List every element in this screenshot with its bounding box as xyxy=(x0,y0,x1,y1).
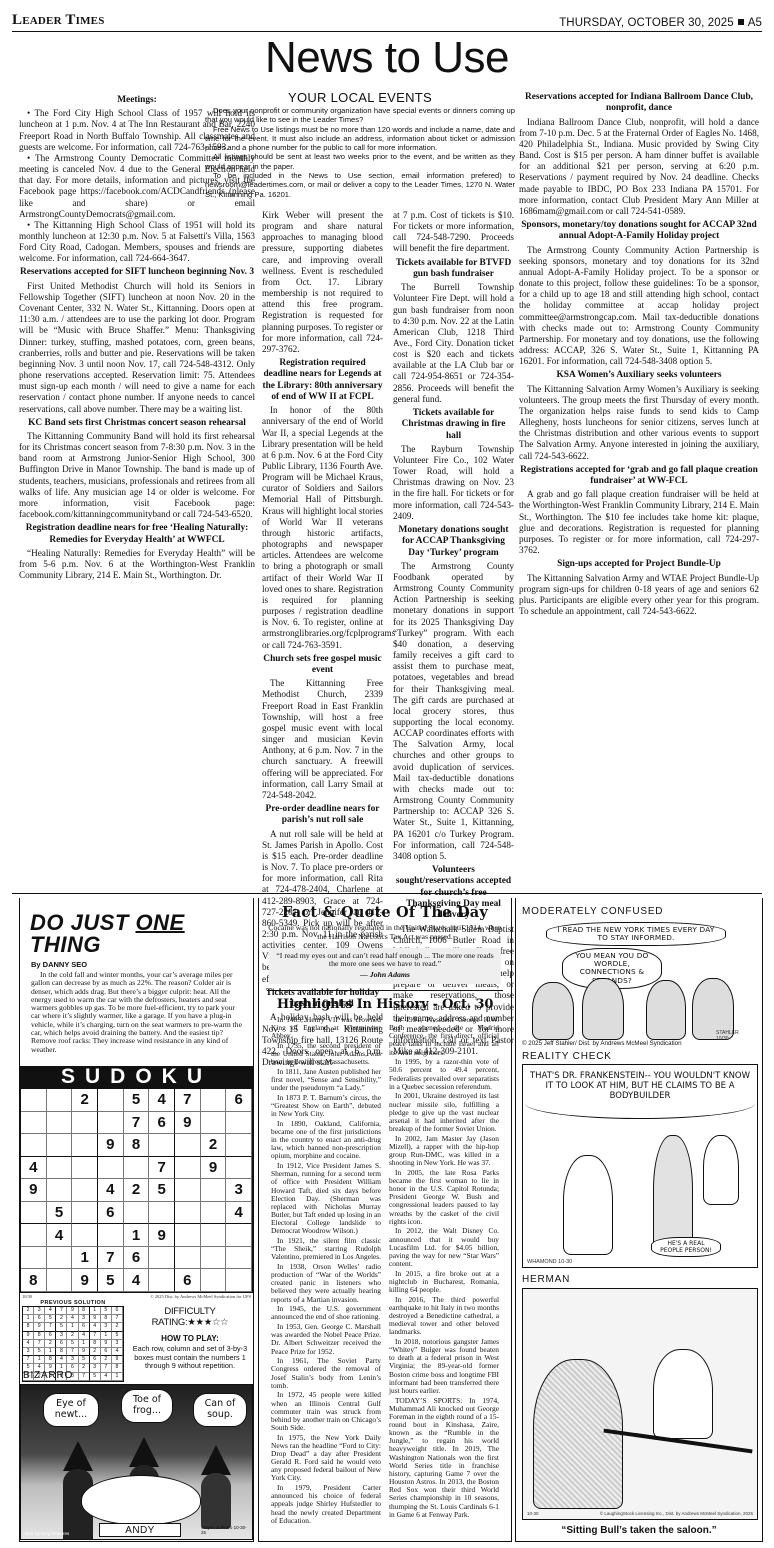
sudoku-banner: SUDOKU xyxy=(20,1066,253,1088)
sudoku-cell[interactable]: 4 xyxy=(47,1224,73,1247)
solution-cell: 4 xyxy=(23,1340,34,1348)
sudoku-cell[interactable] xyxy=(175,1247,201,1270)
sudoku-cell[interactable] xyxy=(201,1224,227,1247)
solution-cell: 7 xyxy=(112,1315,123,1323)
article-body: The Armstrong County Foodbank operated b… xyxy=(393,561,514,862)
fact-of-the-day: Cocaine was not nationally regulated in … xyxy=(263,924,507,942)
solution-cell: 8 xyxy=(56,1348,67,1356)
local-events-box: YOUR LOCAL EVENTS Does your nonprofit or… xyxy=(205,91,515,199)
solution-cell: 9 xyxy=(67,1307,78,1315)
solution-cell: 7 xyxy=(79,1373,90,1381)
sudoku-cell[interactable] xyxy=(72,1134,98,1157)
history-item: In 1938, Orson Welles’ radio production … xyxy=(271,1263,381,1304)
sudoku-cell[interactable]: 6 xyxy=(124,1247,150,1270)
sudoku-cell[interactable] xyxy=(47,1089,73,1112)
masthead: Leader Times THURSDAY, OCTOBER 30, 2025A… xyxy=(12,8,762,32)
sudoku-cell[interactable]: 4 xyxy=(149,1089,175,1112)
local-events-heading: YOUR LOCAL EVENTS xyxy=(205,91,515,105)
sudoku-cell[interactable] xyxy=(98,1089,124,1112)
sheriff-figure xyxy=(653,1349,713,1439)
sudoku-cell[interactable]: 5 xyxy=(47,1202,73,1225)
sudoku-cell[interactable] xyxy=(47,1134,73,1157)
sudoku-cell[interactable] xyxy=(149,1134,175,1157)
sudoku-cell[interactable] xyxy=(124,1157,150,1180)
right-column: Reservations accepted for Indiana Ballro… xyxy=(519,92,759,617)
sudoku-cell[interactable]: 4 xyxy=(124,1269,150,1292)
sudoku-cell[interactable] xyxy=(201,1202,227,1225)
sudoku-cell[interactable] xyxy=(47,1179,73,1202)
article-body: The Rayburn Township Volunteer Fire Co.,… xyxy=(393,444,514,522)
solution-cell: 2 xyxy=(67,1332,78,1340)
sudoku-date: 10/30 xyxy=(22,1294,32,1299)
sudoku-cell[interactable] xyxy=(149,1202,175,1225)
herman-cartoon: 10-30 © LaughingStock Licensing Inc., Di… xyxy=(522,1288,758,1520)
solution-cell: 7 xyxy=(56,1307,67,1315)
solution-cell: 7 xyxy=(67,1348,78,1356)
solution-cell: 2 xyxy=(79,1364,90,1372)
history-item: In 1873 P. T. Barnum’s circus, the “Grea… xyxy=(271,1094,381,1118)
history-item: In 1972, 45 people were killed when an I… xyxy=(271,1391,381,1432)
solution-cell: 9 xyxy=(112,1356,123,1364)
solution-cell: 1 xyxy=(101,1332,112,1340)
solution-cell: 8 xyxy=(112,1364,123,1372)
sudoku-cell[interactable] xyxy=(47,1269,73,1292)
solution-cell: 6 xyxy=(45,1332,56,1340)
sudoku-cell[interactable] xyxy=(124,1202,150,1225)
solution-cell: 4 xyxy=(112,1348,123,1356)
history-column-2: In 1991, President George H.W. Bush open… xyxy=(389,1016,499,1526)
local-events-paragraph: All listings should be sent at least two… xyxy=(205,152,515,171)
sudoku-grid[interactable]: 254767699824799425356441917689546 xyxy=(20,1088,253,1293)
sudoku-cell[interactable]: 7 xyxy=(175,1089,201,1112)
solution-cell: 1 xyxy=(90,1307,101,1315)
woman-figure xyxy=(703,1135,739,1205)
sudoku-cell[interactable] xyxy=(226,1134,252,1157)
meeting-item: • The Kittanning High School Class of 19… xyxy=(19,220,255,265)
difficulty-rating: DIFFICULTY RATING:★★★☆☆ xyxy=(128,1306,252,1328)
solution-cell: 9 xyxy=(23,1332,34,1340)
comics-panel: MODERATELY CONFUSED I READ THE NEW YORK … xyxy=(515,898,763,1542)
history-item: In 1945, the U.S. government announced t… xyxy=(271,1305,381,1321)
solution-cell: 5 xyxy=(79,1356,90,1364)
solution-cell: 6 xyxy=(56,1340,67,1348)
speech-bubble: Eye of newt... xyxy=(43,1393,99,1427)
solution-cell: 2 xyxy=(45,1340,56,1348)
article-heading: KC Band sets first Christmas concert sea… xyxy=(19,418,255,429)
solution-cell: 8 xyxy=(23,1323,34,1331)
person-figure xyxy=(582,978,624,1040)
solution-cell: 3 xyxy=(23,1348,34,1356)
sudoku-cell[interactable] xyxy=(201,1247,227,1270)
do-just-one-thing-body: In the cold fall and winter months, your… xyxy=(20,969,253,1054)
article-heading: Registration required deadline nears for… xyxy=(262,358,383,403)
history-item: In 2015, a fire broke out at a nightclub… xyxy=(389,1270,499,1294)
bizarro-label: BIZARRO xyxy=(23,1370,73,1381)
sudoku-cell[interactable]: 6 xyxy=(149,1112,175,1135)
person-figure xyxy=(532,982,574,1040)
sudoku-cell[interactable]: 7 xyxy=(124,1112,150,1135)
witch-hat-icon xyxy=(63,1441,93,1471)
bizarro-cartoon: Eye of newt... Toe of frog... Can of sou… xyxy=(20,1384,253,1540)
speech-bubble: Toe of frog... xyxy=(121,1389,173,1423)
comic-signature: STAHLER 10/30 xyxy=(716,1030,746,1042)
article-body: The Burrell Township Volunteer Fire Dept… xyxy=(393,282,514,405)
history-item: In 1890, Oakland, California, became one… xyxy=(271,1120,381,1161)
sudoku-cell[interactable]: 6 xyxy=(98,1202,124,1225)
sudoku-footer: 10/30 © 2025 Dist. by Andrews McMeel Syn… xyxy=(20,1294,253,1299)
solution-cell: 7 xyxy=(101,1364,112,1372)
solution-cell: 7 xyxy=(34,1340,45,1348)
history-item: In 2016, The third powerful earthquake t… xyxy=(389,1296,499,1337)
sudoku-cell[interactable]: 8 xyxy=(124,1134,150,1157)
how-to-play-text: Each row, column and set of 3-by-3 boxes… xyxy=(128,1345,252,1371)
sudoku-cell[interactable] xyxy=(201,1112,227,1135)
article-heading: Registrations accepted for ‘grab and go … xyxy=(519,465,759,488)
solution-cell: 5 xyxy=(67,1340,78,1348)
sudoku-cell[interactable]: 7 xyxy=(98,1247,124,1270)
solution-cell: 1 xyxy=(112,1373,123,1381)
sudoku-cell[interactable] xyxy=(226,1269,252,1292)
solution-cell: 6 xyxy=(79,1323,90,1331)
sudoku-cell[interactable] xyxy=(72,1112,98,1135)
article-heading: Reservations accepted for Indiana Ballro… xyxy=(519,92,759,115)
how-to-play: DIFFICULTY RATING:★★★☆☆ HOW TO PLAY: Eac… xyxy=(128,1306,252,1371)
solution-cell: 1 xyxy=(79,1340,90,1348)
sudoku-copyright: © 2025 Dist. by Andrews McMeel Syndicati… xyxy=(150,1294,251,1299)
sudoku-cell[interactable] xyxy=(72,1157,98,1180)
solution-cell: 4 xyxy=(101,1373,112,1381)
history-item: In 2005, the late Rosa Parks became the … xyxy=(389,1169,499,1226)
local-events-paragraph: Free News to Use listings must be no mor… xyxy=(205,125,515,153)
sudoku-cell[interactable]: 5 xyxy=(124,1089,150,1112)
sudoku-cell[interactable]: 2 xyxy=(124,1179,150,1202)
solution-cell: 3 xyxy=(90,1364,101,1372)
sudoku-cell[interactable] xyxy=(98,1112,124,1135)
witch-hat-icon xyxy=(201,1445,231,1475)
moderately-confused-credit: © 2025 Jeff Stahler/ Dist. by Andrews Mc… xyxy=(522,1040,682,1047)
sudoku-cell[interactable] xyxy=(21,1224,47,1247)
article-body: In honor of the 80th anniversary of the … xyxy=(262,405,383,650)
sudoku-cell[interactable]: 9 xyxy=(175,1112,201,1135)
title-emphasis: ONE xyxy=(135,910,184,935)
article-heading: Tickets available for Christmas drawing … xyxy=(393,408,514,442)
section-divider xyxy=(12,893,762,894)
sudoku-cell[interactable]: 3 xyxy=(226,1179,252,1202)
sudoku-cell[interactable] xyxy=(175,1179,201,1202)
herman-label: HERMAN xyxy=(522,1274,570,1285)
solution-cell: 4 xyxy=(90,1323,101,1331)
sudoku-cell[interactable]: 6 xyxy=(175,1269,201,1292)
history-item: In 1991, President George H.W. Bush open… xyxy=(389,1016,499,1057)
sudoku-cell[interactable] xyxy=(47,1247,73,1270)
article-heading: Tickets available for BTVFD gun bash fun… xyxy=(393,258,514,281)
dateline: THURSDAY, OCTOBER 30, 2025A5 xyxy=(559,17,762,29)
article-body: A grab and go fall plaque creation fundr… xyxy=(519,489,759,556)
history-title: Highlights In History - Oct. 30 xyxy=(259,997,511,1012)
body-text: In the cold fall and winter months, your… xyxy=(31,971,245,1054)
rule xyxy=(267,990,503,991)
page-number: A5 xyxy=(748,17,762,29)
sudoku-cell[interactable]: 9 xyxy=(21,1179,47,1202)
solution-cell: 7 xyxy=(90,1332,101,1340)
history-item: In 1735, the second president of the Uni… xyxy=(271,1042,381,1066)
history-item: In 1953, Gen. George C. Marshall was awa… xyxy=(271,1323,381,1356)
herman-credit: © LaughingStock Licensing Inc., Dist. by… xyxy=(600,1511,753,1516)
reality-check-label: REALITY CHECK xyxy=(522,1051,612,1062)
sudoku-cell[interactable] xyxy=(149,1247,175,1270)
sudoku-cell[interactable] xyxy=(149,1269,175,1292)
solution-cell: 7 xyxy=(45,1323,56,1331)
sudoku-cell[interactable] xyxy=(226,1224,252,1247)
cauldron xyxy=(81,1475,201,1525)
herman-date: 10-30 xyxy=(527,1511,539,1516)
history-item: In 1485, Henry VII was crowned King of E… xyxy=(271,1016,381,1040)
solution-cell: 5 xyxy=(90,1373,101,1381)
solution-cell: 2 xyxy=(23,1307,34,1315)
speech-bubble: THAT'S DR. FRANKENSTEIN-- YOU WOULDN'T K… xyxy=(525,1067,755,1119)
solution-cell: 9 xyxy=(79,1348,90,1356)
solution-cell: 8 xyxy=(101,1315,112,1323)
sudoku-cell[interactable] xyxy=(72,1202,98,1225)
article-body: The Kittanning Salvation Army and WTAE P… xyxy=(519,573,759,618)
moderately-confused-label: MODERATELY CONFUSED xyxy=(522,906,663,917)
sudoku-cell[interactable] xyxy=(98,1224,124,1247)
history-item: In 1995, by a razor-thin vote of 50.6 pe… xyxy=(389,1058,499,1091)
star-rating-icon: ★★★☆☆ xyxy=(187,1317,228,1328)
article-body: The Kittanning Free Methodist Church, 23… xyxy=(262,678,383,801)
article-heading: Registration deadline nears for free ‘He… xyxy=(19,523,255,546)
article-body: First United Methodist Church will hold … xyxy=(19,281,255,415)
solution-cell: 5 xyxy=(112,1332,123,1340)
sudoku-cell[interactable]: 2 xyxy=(201,1134,227,1157)
warhol-figure xyxy=(201,1473,231,1529)
sudoku-cell[interactable]: 4 xyxy=(21,1157,47,1180)
sudoku-cell[interactable]: 4 xyxy=(226,1202,252,1225)
quote-box: “I read my eyes out and can’t read half … xyxy=(269,948,501,984)
sudoku-cell[interactable] xyxy=(175,1202,201,1225)
article-continuation: at 7 p.m. Cost of tickets is $10. For ti… xyxy=(393,210,514,255)
solution-cell: 6 xyxy=(90,1356,101,1364)
solution-cell: 9 xyxy=(34,1323,45,1331)
article-body: The Kittanning Salvation Army Women’s Au… xyxy=(519,384,759,462)
sudoku-cell[interactable] xyxy=(72,1179,98,1202)
local-events-paragraph: Does your nonprofit or community organiz… xyxy=(205,106,515,125)
history-item: In 1811, Jane Austen published her first… xyxy=(271,1068,381,1092)
article-heading: Church sets free gospel music event xyxy=(262,654,383,677)
do-just-one-thing-title: DO JUST ONE THING xyxy=(20,898,253,956)
solution-cell: 6 xyxy=(101,1348,112,1356)
sudoku-cell[interactable] xyxy=(47,1112,73,1135)
speech-bubble: Can of soup. xyxy=(193,1393,247,1427)
article-heading: Reservations accepted for SIFT luncheon … xyxy=(19,267,255,278)
sudoku-cell[interactable] xyxy=(226,1157,252,1180)
paper-name: Leader Times xyxy=(12,12,105,29)
bizarro-distributor: Dist. by King Features xyxy=(25,1531,69,1536)
sudoku-cell[interactable] xyxy=(21,1112,47,1135)
sudoku-cell[interactable] xyxy=(21,1247,47,1270)
solution-cell: 2 xyxy=(112,1323,123,1331)
solution-cell: 1 xyxy=(67,1323,78,1331)
solution-cell: 5 xyxy=(101,1307,112,1315)
history-item: In 2001, Ukraine destroyed its last nucl… xyxy=(389,1092,499,1133)
sudoku-cell[interactable] xyxy=(175,1134,201,1157)
solution-cell: 3 xyxy=(34,1307,45,1315)
sudoku-cell[interactable] xyxy=(201,1269,227,1292)
solution-cell: 2 xyxy=(90,1348,101,1356)
solution-cell: 4 xyxy=(67,1315,78,1323)
sudoku-cell[interactable]: 9 xyxy=(201,1157,227,1180)
sudoku-cell[interactable] xyxy=(175,1224,201,1247)
solution-cell: 6 xyxy=(112,1307,123,1315)
article-heading: KSA Women’s Auxiliary seeks volunteers xyxy=(519,370,759,381)
speech-bubble: HE'S A REAL PEOPLE PERSON! xyxy=(651,1237,721,1257)
fact-quote-title: Fact & Quote Of The Day xyxy=(259,904,511,921)
article-body: The Kittanning Community Band will hold … xyxy=(19,431,255,520)
solution-cell: 3 xyxy=(112,1340,123,1348)
history-item: TODAY’S SPORTS: In 1974, Muhammad Ali kn… xyxy=(389,1397,499,1519)
solution-cell: 6 xyxy=(34,1315,45,1323)
solution-cell: 1 xyxy=(45,1348,56,1356)
solution-cell: 3 xyxy=(79,1315,90,1323)
solution-cell: 4 xyxy=(79,1332,90,1340)
sudoku-cell[interactable]: 5 xyxy=(149,1179,175,1202)
title-part: THING xyxy=(30,932,101,957)
solution-cell: 1 xyxy=(34,1356,45,1364)
comic-signature: WHAMOND 10-30 xyxy=(527,1259,572,1265)
solution-cell: 5 xyxy=(56,1323,67,1331)
solution-cell: 7 xyxy=(23,1356,34,1364)
article-heading: Pre-order deadline nears for parish’s nu… xyxy=(262,804,383,827)
solution-cell: 2 xyxy=(101,1356,112,1364)
sudoku-cell[interactable]: 8 xyxy=(21,1269,47,1292)
history-item: In 2002, Jam Master Jay (Jason Mizell), … xyxy=(389,1135,499,1168)
sudoku-cell[interactable]: 2 xyxy=(72,1089,98,1112)
history-item: In 1921, the silent film classic “The Sh… xyxy=(271,1237,381,1261)
quote-author: — John Adams xyxy=(275,971,495,980)
sudoku-cell[interactable] xyxy=(201,1089,227,1112)
how-to-play-title: HOW TO PLAY: xyxy=(128,1334,252,1343)
sudoku-cell[interactable]: 9 xyxy=(149,1224,175,1247)
solution-cell: 8 xyxy=(34,1332,45,1340)
history-item: In 1961, The Soviet Party Congress order… xyxy=(271,1357,381,1390)
history-columns: In 1485, Henry VII was crowned King of E… xyxy=(259,1012,511,1526)
sudoku-cell[interactable]: 7 xyxy=(149,1157,175,1180)
bizarro-caption: ANDY WARLOCK xyxy=(99,1523,181,1537)
solution-cell: 3 xyxy=(67,1356,78,1364)
solution-cell: 2 xyxy=(56,1315,67,1323)
article-heading: Sponsors, monetary/toy donations sought … xyxy=(519,220,759,243)
solution-cell: 3 xyxy=(101,1323,112,1331)
reality-check-cartoon: THAT'S DR. FRANKENSTEIN-- YOU WOULDN'T K… xyxy=(522,1064,758,1268)
quote-text: “I read my eyes out and can’t read half … xyxy=(275,952,495,970)
solution-cell: 8 xyxy=(79,1307,90,1315)
sudoku-cell[interactable] xyxy=(21,1089,47,1112)
article-body: The Armstrong County Community Action Pa… xyxy=(519,245,759,368)
article-body: Indiana Ballroom Dance Club, nonprofit, … xyxy=(519,117,759,217)
bizarro-signature: Wayno & Piraro 10-30-25 xyxy=(201,1525,251,1535)
solution-cell: 3 xyxy=(56,1332,67,1340)
sudoku-cell[interactable] xyxy=(226,1112,252,1135)
section-title: News to Use xyxy=(0,34,774,82)
solution-cell: 1 xyxy=(23,1315,34,1323)
person-figure xyxy=(646,980,686,1040)
article-continuation: Kirk Weber will present the program and … xyxy=(262,210,383,355)
date-text: THURSDAY, OCTOBER 30, 2025 xyxy=(559,17,734,29)
history-item: In 1912, Vice President James S. Sherman… xyxy=(271,1162,381,1235)
sudoku-cell[interactable]: 9 xyxy=(72,1269,98,1292)
sudoku-cell[interactable] xyxy=(175,1157,201,1180)
witch-hat-icon xyxy=(129,1437,159,1467)
puzzles-panel: DO JUST ONE THING By DANNY SEO In the co… xyxy=(19,898,254,1542)
solution-cell: 4 xyxy=(56,1356,67,1364)
solution-cell: 8 xyxy=(90,1340,101,1348)
solution-cell: 4 xyxy=(45,1307,56,1315)
sudoku-cell[interactable]: 4 xyxy=(98,1179,124,1202)
sudoku-cell[interactable]: 9 xyxy=(98,1134,124,1157)
sudoku-cell[interactable] xyxy=(201,1179,227,1202)
square-bullet-icon xyxy=(738,19,744,25)
solution-cell: 5 xyxy=(34,1348,45,1356)
solution-cell: 5 xyxy=(45,1315,56,1323)
sudoku-cell[interactable] xyxy=(72,1224,98,1247)
article-heading: Monetary donations sought for ACCAP Than… xyxy=(393,525,514,559)
sudoku-cell[interactable] xyxy=(47,1157,73,1180)
history-item: In 2018, notorious gangster James “White… xyxy=(389,1338,499,1395)
frankenstein-figure xyxy=(563,1155,613,1255)
fact-history-panel: Fact & Quote Of The Day Cocaine was not … xyxy=(258,898,512,1542)
solution-cell: 8 xyxy=(45,1356,56,1364)
solution-cell: 9 xyxy=(101,1340,112,1348)
herman-caption: “Sitting Bull’s taken the saloon.” xyxy=(516,1525,762,1536)
history-item: In 2012, the Walt Disney Co. announced t… xyxy=(389,1227,499,1268)
cowboy-figure xyxy=(533,1359,623,1509)
byline: By DANNY SEO xyxy=(20,956,253,969)
local-events-paragraph: To be included in the News to Use sectio… xyxy=(205,171,515,199)
sudoku-cell[interactable]: 6 xyxy=(226,1089,252,1112)
sudoku-cell[interactable]: 1 xyxy=(124,1224,150,1247)
sudoku-cell[interactable] xyxy=(21,1202,47,1225)
sudoku-cell[interactable]: 5 xyxy=(98,1269,124,1292)
article-body: “Healing Naturally: Remedies for Everyda… xyxy=(19,548,255,581)
solution-cell: 9 xyxy=(90,1315,101,1323)
history-item: In 1975, the New York Daily News ran the… xyxy=(271,1434,381,1483)
moderately-confused-cartoon: I READ THE NEW YORK TIMES EVERY DAY TO S… xyxy=(516,920,762,1052)
sudoku-cell[interactable] xyxy=(226,1247,252,1270)
sudoku-cell[interactable] xyxy=(98,1157,124,1180)
sudoku-cell[interactable]: 1 xyxy=(72,1247,98,1270)
article-heading: Sign-ups accepted for Project Bundle-Up xyxy=(519,559,759,570)
speech-bubble: I READ THE NEW YORK TIMES EVERY DAY TO S… xyxy=(546,922,726,946)
history-column-1: In 1485, Henry VII was crowned King of E… xyxy=(271,1016,381,1526)
history-item: In 1979, President Carter announced his … xyxy=(271,1484,381,1525)
sudoku-cell[interactable] xyxy=(21,1134,47,1157)
